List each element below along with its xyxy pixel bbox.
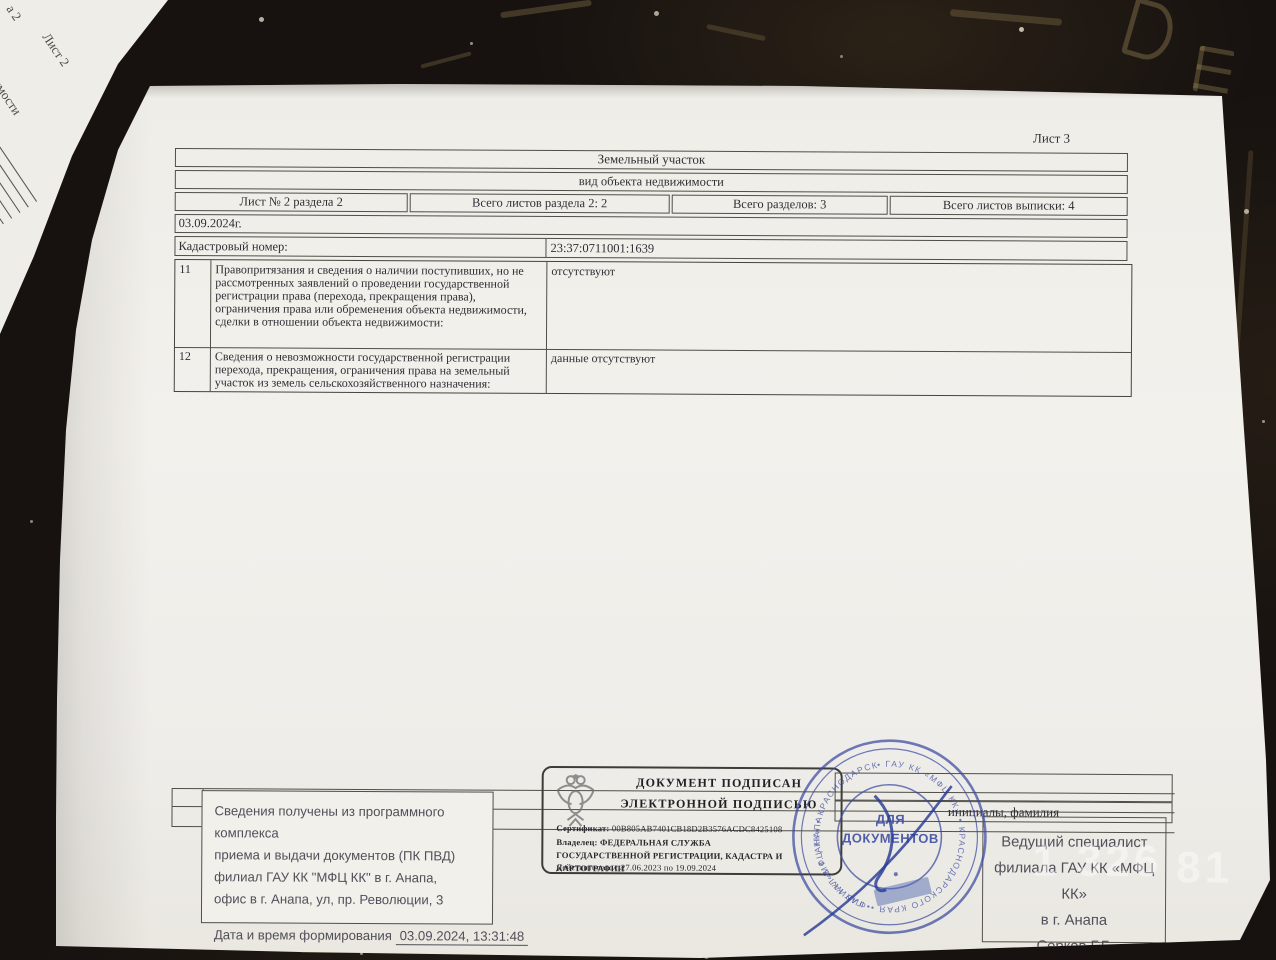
cadastral-divider (545, 239, 546, 257)
origin-info-box: Сведения получены из программного компле… (201, 790, 494, 925)
rosreestr-emblem-icon (553, 772, 597, 828)
object-type-title: Земельный участок (175, 148, 1128, 172)
table-column-divider (210, 260, 212, 391)
row-value: данные отсутствуют (551, 352, 1121, 368)
esign-certificate-label: Сертификат: (556, 823, 609, 833)
date-row: 03.09.2024г. (175, 214, 1128, 238)
origin-info-line: офис в г. Анапа, ул, пр. Революции, 3 (214, 888, 492, 911)
signature-band-cap (171, 788, 203, 827)
details-table: 11 Правопритязания и сведения о наличии … (174, 259, 1133, 397)
generation-date-label: Дата и время формирования (214, 927, 392, 943)
row-label: Правопритязания и сведения о наличии пос… (215, 263, 543, 329)
header-cell-total-extract-sheets: Всего листов выписки: 4 (890, 196, 1128, 216)
sheet2-page-label: Лист 2 (39, 30, 73, 70)
header-cell-total-sheets-section: Всего листов раздела 2: 2 (410, 193, 670, 213)
row-number: 12 (179, 350, 191, 363)
esign-validity-value: с 27.06.2023 по 19.09.2024 (614, 862, 716, 873)
sheet2-table-lines (0, 96, 37, 229)
photo-of-document: а 2 Лист 2 движимости Лист 3 Земельный у… (0, 0, 1276, 960)
esign-validity-label: Действителен: (556, 862, 612, 872)
row-value: отсутствуют (551, 265, 1121, 281)
generation-date-value: 03.09.2024, 13:31:48 (396, 928, 529, 946)
esign-owner-label: Владелец: (556, 837, 597, 847)
sheet2-text-fragment: а 2 (3, 2, 25, 24)
document-sheet: Лист 3 Земельный участок вид объекта нед… (0, 0, 1276, 960)
row-label: Сведения о невозможности государственной… (215, 350, 543, 390)
sheet2-text-fragment: движимости (0, 52, 25, 118)
table-column-divider (546, 262, 548, 393)
sheet-number-label: Лист 3 (1000, 130, 1070, 146)
object-type-caption: вид объекта недвижимости (175, 170, 1128, 194)
header-cell-total-sections: Всего разделов: 3 (672, 195, 888, 215)
row-number: 11 (179, 263, 191, 276)
cadastral-row: Кадастровый номер: 23:37:0711001:1639 (174, 236, 1127, 261)
document-content: Лист 3 Земельный участок вид объекта нед… (0, 0, 1276, 960)
pen-signature (766, 733, 1267, 960)
origin-info-line: филиал ГАУ КК "МФЦ КК" в г. Анапа, (214, 866, 492, 889)
origin-info-line: приема и выдачи документов (ПК ПВД) (214, 844, 492, 867)
esign-certificate-value: 00B805AB7401CB18D2B3576ACDC8425108 (612, 823, 783, 834)
header-cell-sheet: Лист № 2 раздела 2 (175, 192, 408, 212)
cadastral-number-value: 23:37:0711001:1639 (550, 240, 654, 257)
cadastral-number-label: Кадастровый номер: (178, 238, 287, 255)
origin-info-line: Сведения получены из программного компле… (214, 800, 492, 845)
